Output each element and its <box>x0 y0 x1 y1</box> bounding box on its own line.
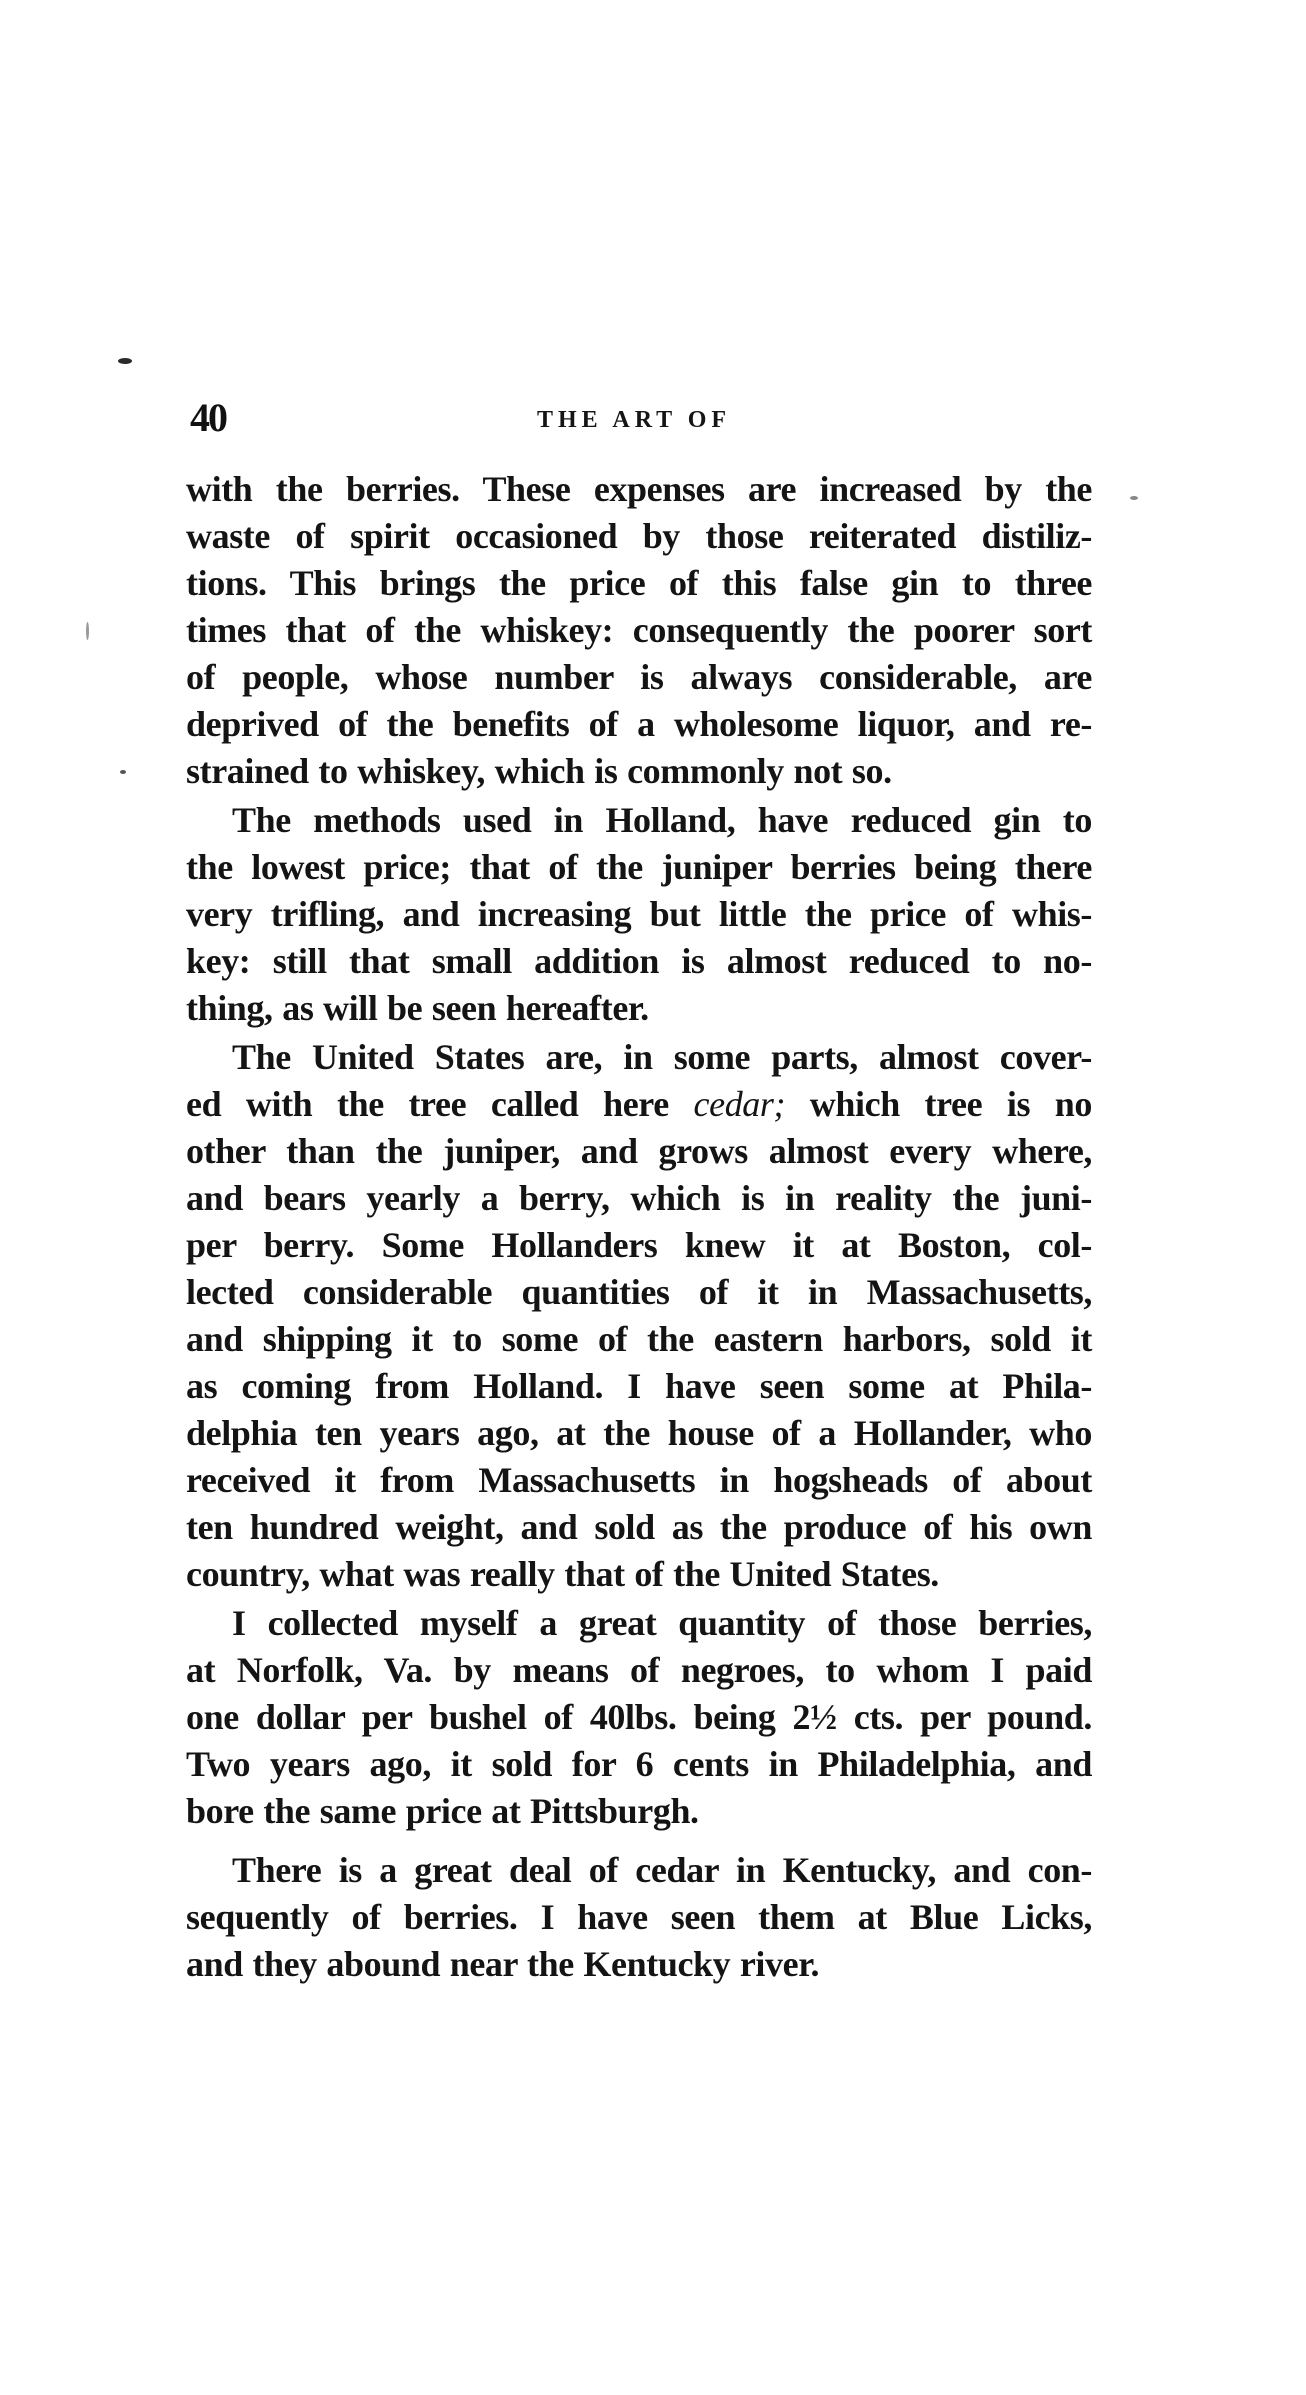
paragraph: There is a great deal of cedar in Kentuc… <box>186 1847 1092 1988</box>
text-segment: ed with the tree called here <box>186 1084 669 1124</box>
body-text: with the berries. These expenses are inc… <box>186 466 1092 1988</box>
text-line: and bears yearly a berry, which is in re… <box>186 1175 1092 1222</box>
italic-word-cedar: cedar; <box>694 1084 786 1124</box>
paragraph: I collected myself a great quantity of t… <box>186 1600 1092 1835</box>
text-line: with the berries. These expenses are inc… <box>186 466 1092 513</box>
text-line: and they abound near the Kentucky river. <box>186 1941 1092 1988</box>
paragraph: with the berries. These expenses are inc… <box>186 466 1092 795</box>
text-line: thing, as will be seen hereafter. <box>186 985 1092 1032</box>
scan-speck <box>86 622 89 640</box>
text-segment: which tree is no <box>810 1084 1092 1124</box>
text-line: ed with the tree called here cedar; whic… <box>186 1081 1092 1128</box>
text-line: and shipping it to some of the eastern h… <box>186 1316 1092 1363</box>
paragraph: The United States are, in some parts, al… <box>186 1034 1092 1598</box>
text-line: delphia ten years ago, at the house of a… <box>186 1410 1092 1457</box>
text-line: The United States are, in some parts, al… <box>186 1034 1092 1081</box>
text-line: the lowest price; that of the juniper be… <box>186 844 1092 891</box>
text-line: at Norfolk, Va. by means of negroes, to … <box>186 1647 1092 1694</box>
text-line: Two years ago, it sold for 6 cents in Ph… <box>186 1741 1092 1788</box>
text-line: as coming from Holland. I have seen some… <box>186 1363 1092 1410</box>
text-line: lected considerable quantities of it in … <box>186 1269 1092 1316</box>
text-line: sequently of berries. I have seen them a… <box>186 1894 1092 1941</box>
text-line: per berry. Some Hollanders knew it at Bo… <box>186 1222 1092 1269</box>
text-line: waste of spirit occasioned by those reit… <box>186 513 1092 560</box>
text-line: deprived of the benefits of a wholesome … <box>186 701 1092 748</box>
paragraph: The methods used in Holland, have reduce… <box>186 797 1092 1032</box>
text-line: times that of the whiskey: consequently … <box>186 607 1092 654</box>
text-line: one dollar per bushel of 40lbs. being 2½… <box>186 1694 1092 1741</box>
text-line: I collected myself a great quantity of t… <box>186 1600 1092 1647</box>
text-line: There is a great deal of cedar in Kentuc… <box>186 1847 1092 1894</box>
scan-speck <box>118 358 132 364</box>
text-line: bore the same price at Pittsburgh. <box>186 1788 1092 1835</box>
scan-speck <box>120 770 126 774</box>
text-line: country, what was really that of the Uni… <box>186 1551 1092 1598</box>
page-number: 40 <box>190 398 226 438</box>
text-line: The methods used in Holland, have reduce… <box>186 797 1092 844</box>
text-line: tions. This brings the price of this fal… <box>186 560 1092 607</box>
text-line: other than the juniper, and grows almost… <box>186 1128 1092 1175</box>
scan-speck <box>1130 496 1138 500</box>
text-line: key: still that small addition is almost… <box>186 938 1092 985</box>
page-header: 40 THE ART OF <box>186 398 1096 438</box>
text-line: ten hundred weight, and sold as the prod… <box>186 1504 1092 1551</box>
text-line: very trifling, and increasing but little… <box>186 891 1092 938</box>
running-head: THE ART OF <box>537 406 731 434</box>
text-line: strained to whiskey, which is commonly n… <box>186 748 1092 795</box>
text-line: of people, whose number is always consid… <box>186 654 1092 701</box>
text-line: received it from Massachusetts in hogshe… <box>186 1457 1092 1504</box>
